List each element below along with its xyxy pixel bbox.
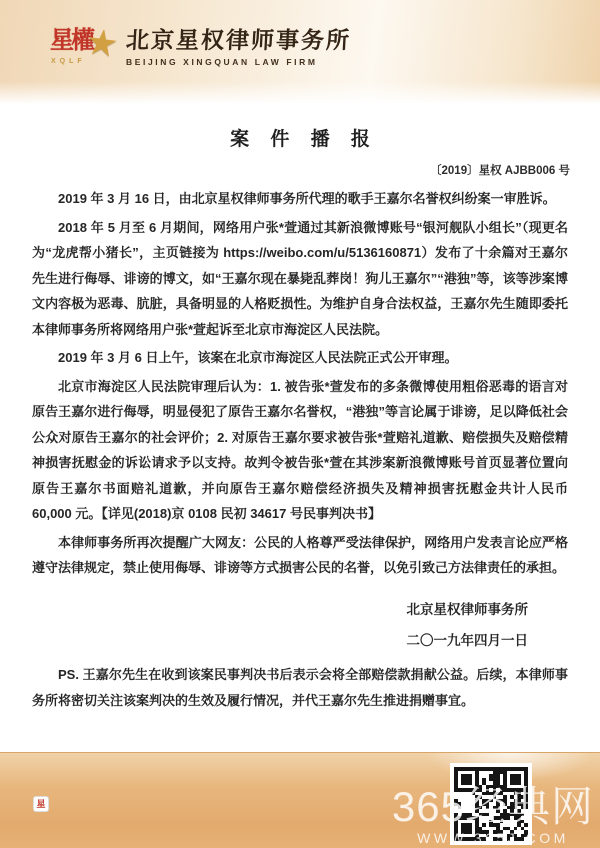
qr-center-logo: 星 [33,796,49,812]
case-number: 〔2019〕星权 AJBB006 号 [430,162,570,178]
paragraph-case-background: 2018 年 5 月至 6 月期间，网络用户张*萱通过其新浪微博账号“银河舰队小… [32,215,568,343]
firm-name-block: 北京星权律师事务所 BEIJING XINGQUAN LAW FIRM [126,27,351,67]
firm-name-english: BEIJING XINGQUAN LAW FIRM [126,57,351,67]
paragraph-firm-reminder: 本律师事务所再次提醒广大网友：公民的人格尊严受法律保护，网络用户发表言论应严格遵… [32,530,568,581]
qr-code [450,763,532,845]
signature-date: 二〇一九年四月一日 [407,625,529,656]
qr-logo-glyph: 星 [36,800,45,809]
firm-logo: 星權 XQLF ★ 北京星权律师事务所 BEIJING XINGQUAN LAW… [50,27,351,75]
logo-abbreviation: XQLF [51,58,86,65]
paragraph-verdict-summary: 2019 年 3 月 16 日，由北京星权律师事务所代理的歌手王嘉尔名誉权纠纷案… [32,186,568,212]
postscript-note: PS. 王嘉尔先生在收到该案民事判决书后表示会将全部赔偿款捐献公益。后续，本律师… [32,662,568,714]
signature-block: 北京星权律师事务所 二〇一九年四月一日 [407,594,529,656]
paragraph-court-findings: 北京市海淀区人民法院审理后认为：1. 被告张*萱发布的多条微博使用粗俗恶毒的语言… [32,374,568,527]
document-title: 案 件 播 报 [0,124,600,151]
firm-name-chinese: 北京星权律师事务所 [125,28,351,54]
logo-mark: 星權 XQLF ★ [50,27,116,75]
gold-star-icon: ★ [84,23,121,63]
signature-firm-name: 北京星权律师事务所 [407,594,529,625]
letterhead-band: 星權 XQLF ★ 北京星权律师事务所 BEIJING XINGQUAN LAW… [0,0,600,104]
footer-band: 星 [0,752,600,848]
paragraph-hearing-date: 2019 年 3 月 6 日上午，该案在北京市海淀区人民法院正式公开审理。 [32,345,568,371]
document-body: 2019 年 3 月 16 日，由北京星权律师事务所代理的歌手王嘉尔名誉权纠纷案… [32,186,568,584]
case-report-page: 星權 XQLF ★ 北京星权律师事务所 BEIJING XINGQUAN LAW… [0,0,600,848]
